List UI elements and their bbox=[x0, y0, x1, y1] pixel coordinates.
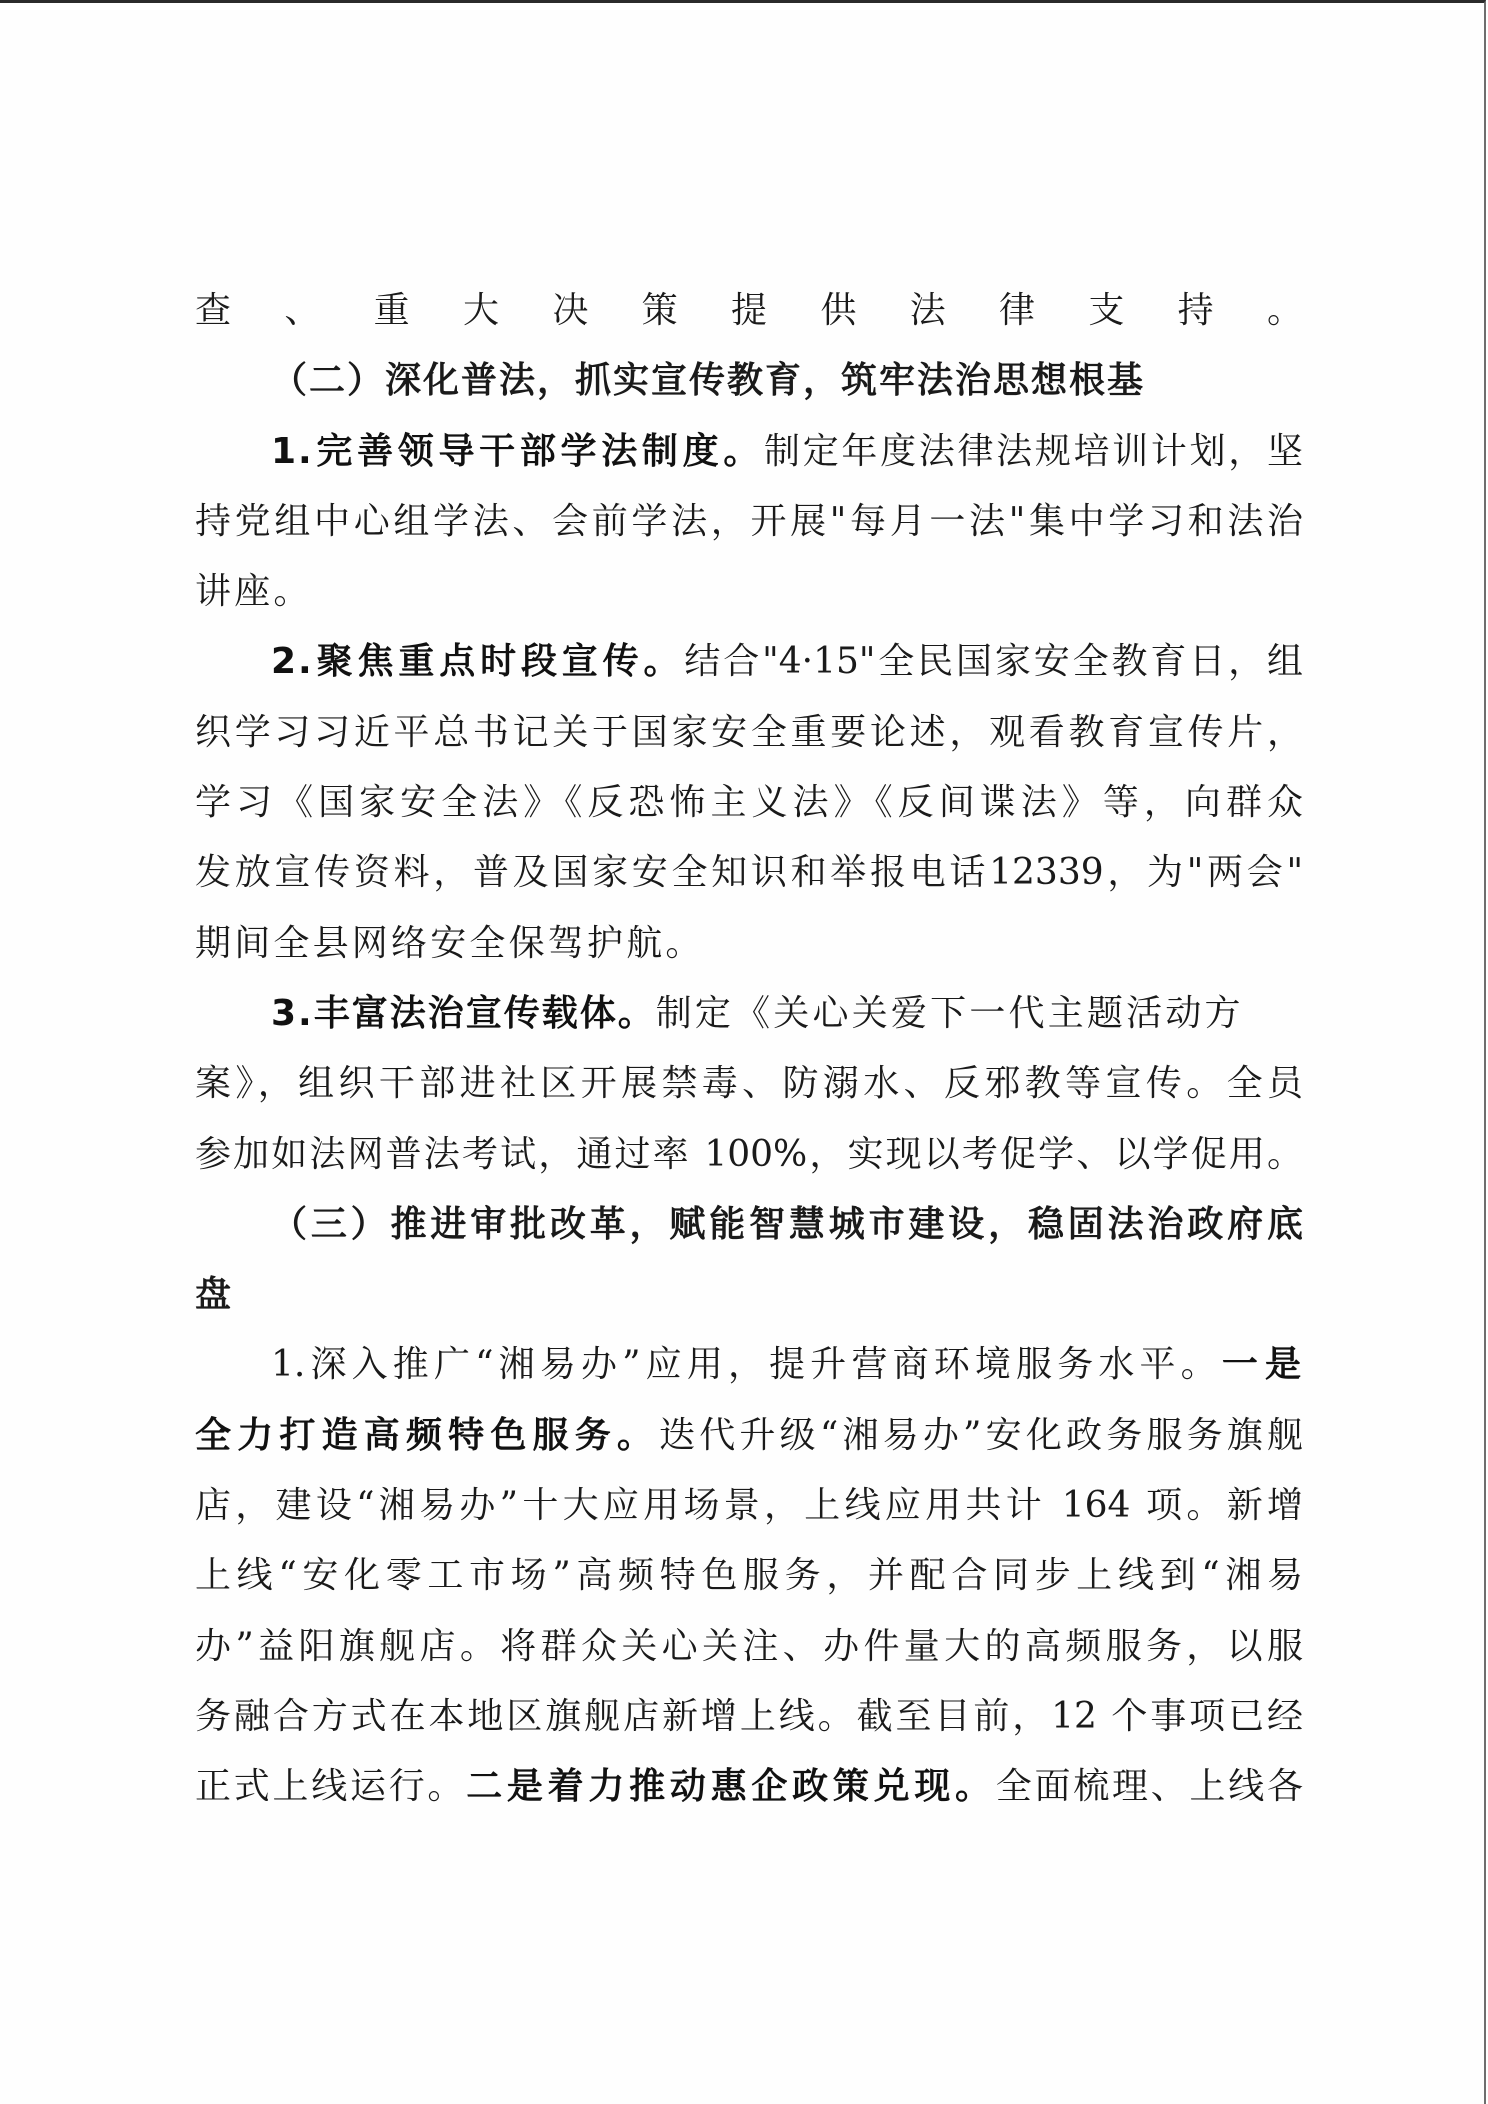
paragraph-line: 2.聚焦重点时段宣传。结合"4·15"全民国家安全教育日，组 bbox=[195, 638, 1303, 708]
body-text: 上线“安化零工市场”高频特色服务，并配合同步上线到“湘易 bbox=[195, 1555, 1303, 1596]
paragraph-line: 店，建设“湘易办”十大应用场景，上线应用共计 164 项。新增 bbox=[195, 1482, 1303, 1552]
document-page: 查、重大决策提供法律支持。 （二）深化普法，抓实宣传教育，筑牢法治思想根基 1.… bbox=[0, 0, 1486, 2104]
emphasis-text: 一是 bbox=[1222, 1344, 1303, 1385]
body-text: 持党组中心组学法、会前学法，开展"每月一法"集中学习和法治 bbox=[195, 501, 1303, 542]
paragraph-line: 全力打造高频特色服务。迭代升级“湘易办”安化政务服务旗舰 bbox=[195, 1412, 1303, 1482]
item-title: 2.聚焦重点时段宣传。 bbox=[271, 641, 684, 682]
paragraph-line: 3.丰富法治宣传载体。制定《关心关爱下一代主题活动方 bbox=[195, 990, 1303, 1060]
section-heading-3-continued: 盘 bbox=[195, 1271, 1303, 1341]
body-text: 店，建设“湘易办”十大应用场景，上线应用共计 164 项。新增 bbox=[195, 1485, 1303, 1526]
paragraph-line: 讲座。 bbox=[195, 568, 1303, 638]
paragraph-line: 学习《国家安全法》《反恐怖主义法》《反间谍法》等，向群众 bbox=[195, 779, 1303, 849]
body-text: 制定《关心关爱下一代主题活动方 bbox=[656, 993, 1244, 1034]
body-text: 期间全县网络安全保驾护航。 bbox=[195, 923, 705, 964]
item-title: 1.完善领导干部学法制度。 bbox=[271, 431, 764, 472]
body-text: 发放宣传资料，普及国家安全知识和举报电话12339，为"两会" bbox=[195, 852, 1303, 893]
body-text: 制定年度法律法规培训计划，坚 bbox=[764, 431, 1303, 472]
document-body: 查、重大决策提供法律支持。 （二）深化普法，抓实宣传教育，筑牢法治思想根基 1.… bbox=[195, 287, 1303, 1834]
heading-text: （二）深化普法，抓实宣传教育，筑牢法治思想根基 bbox=[271, 360, 1145, 401]
paragraph-line: 查、重大决策提供法律支持。 bbox=[195, 287, 1303, 357]
body-text: 1.深入推广“湘易办”应用，提升营商环境服务水平。 bbox=[271, 1344, 1222, 1385]
section-heading-3: （三）推进审批改革，赋能智慧城市建设，稳固法治政府底 bbox=[195, 1201, 1303, 1271]
body-text: 案》，组织干部进社区开展禁毒、防溺水、反邪教等宣传。全员 bbox=[195, 1063, 1303, 1104]
paragraph-line: 1.完善领导干部学法制度。制定年度法律法规培训计划，坚 bbox=[195, 428, 1303, 498]
paragraph-line: 务融合方式在本地区旗舰店新增上线。截至目前，12 个事项已经 bbox=[195, 1693, 1303, 1763]
paragraph-line: 织学习习近平总书记关于国家安全重要论述，观看教育宣传片， bbox=[195, 709, 1303, 779]
item-title: 3.丰富法治宣传载体。 bbox=[271, 993, 656, 1034]
paragraph-line: 参加如法网普法考试，通过率 100%，实现以考促学、以学促用。 bbox=[195, 1131, 1303, 1201]
paragraph-line: 办”益阳旗舰店。将群众关心关注、办件量大的高频服务，以服 bbox=[195, 1623, 1303, 1693]
body-text: 参加如法网普法考试，通过率 100%，实现以考促学、以学促用。 bbox=[195, 1134, 1303, 1175]
body-text: 查、重大决策提供法律支持。 bbox=[195, 290, 1303, 331]
body-text: 务融合方式在本地区旗舰店新增上线。截至目前，12 个事项已经 bbox=[195, 1696, 1303, 1737]
heading-text: 盘 bbox=[195, 1274, 233, 1315]
paragraph-line: 期间全县网络安全保驾护航。 bbox=[195, 920, 1303, 990]
paragraph-line: 正式上线运行。二是着力推动惠企政策兑现。全面梳理、上线各 bbox=[195, 1763, 1303, 1833]
paragraph-line: 上线“安化零工市场”高频特色服务，并配合同步上线到“湘易 bbox=[195, 1552, 1303, 1622]
body-text: 正式上线运行。 bbox=[195, 1766, 466, 1807]
body-text: 迭代升级“湘易办”安化政务服务旗舰 bbox=[659, 1415, 1303, 1456]
body-text: 织学习习近平总书记关于国家安全重要论述，观看教育宣传片， bbox=[195, 712, 1303, 753]
heading-text: （三）推进审批改革，赋能智慧城市建设，稳固法治政府底 bbox=[271, 1204, 1303, 1245]
paragraph-line: 持党组中心组学法、会前学法，开展"每月一法"集中学习和法治 bbox=[195, 498, 1303, 568]
body-text: 全面梳理、上线各 bbox=[996, 1766, 1303, 1807]
body-text: 办”益阳旗舰店。将群众关心关注、办件量大的高频服务，以服 bbox=[195, 1626, 1303, 1667]
paragraph-line: 案》，组织干部进社区开展禁毒、防溺水、反邪教等宣传。全员 bbox=[195, 1060, 1303, 1130]
emphasis-text: 全力打造高频特色服务。 bbox=[195, 1415, 659, 1456]
body-text: 结合"4·15"全民国家安全教育日，组 bbox=[684, 641, 1303, 682]
emphasis-text: 二是着力推动惠企政策兑现。 bbox=[466, 1766, 996, 1807]
paragraph-line: 1.深入推广“湘易办”应用，提升营商环境服务水平。一是 bbox=[195, 1341, 1303, 1411]
body-text: 学习《国家安全法》《反恐怖主义法》《反间谍法》等，向群众 bbox=[195, 782, 1303, 823]
section-heading-2: （二）深化普法，抓实宣传教育，筑牢法治思想根基 bbox=[195, 357, 1303, 427]
paragraph-line: 发放宣传资料，普及国家安全知识和举报电话12339，为"两会" bbox=[195, 849, 1303, 919]
body-text: 讲座。 bbox=[195, 571, 313, 612]
